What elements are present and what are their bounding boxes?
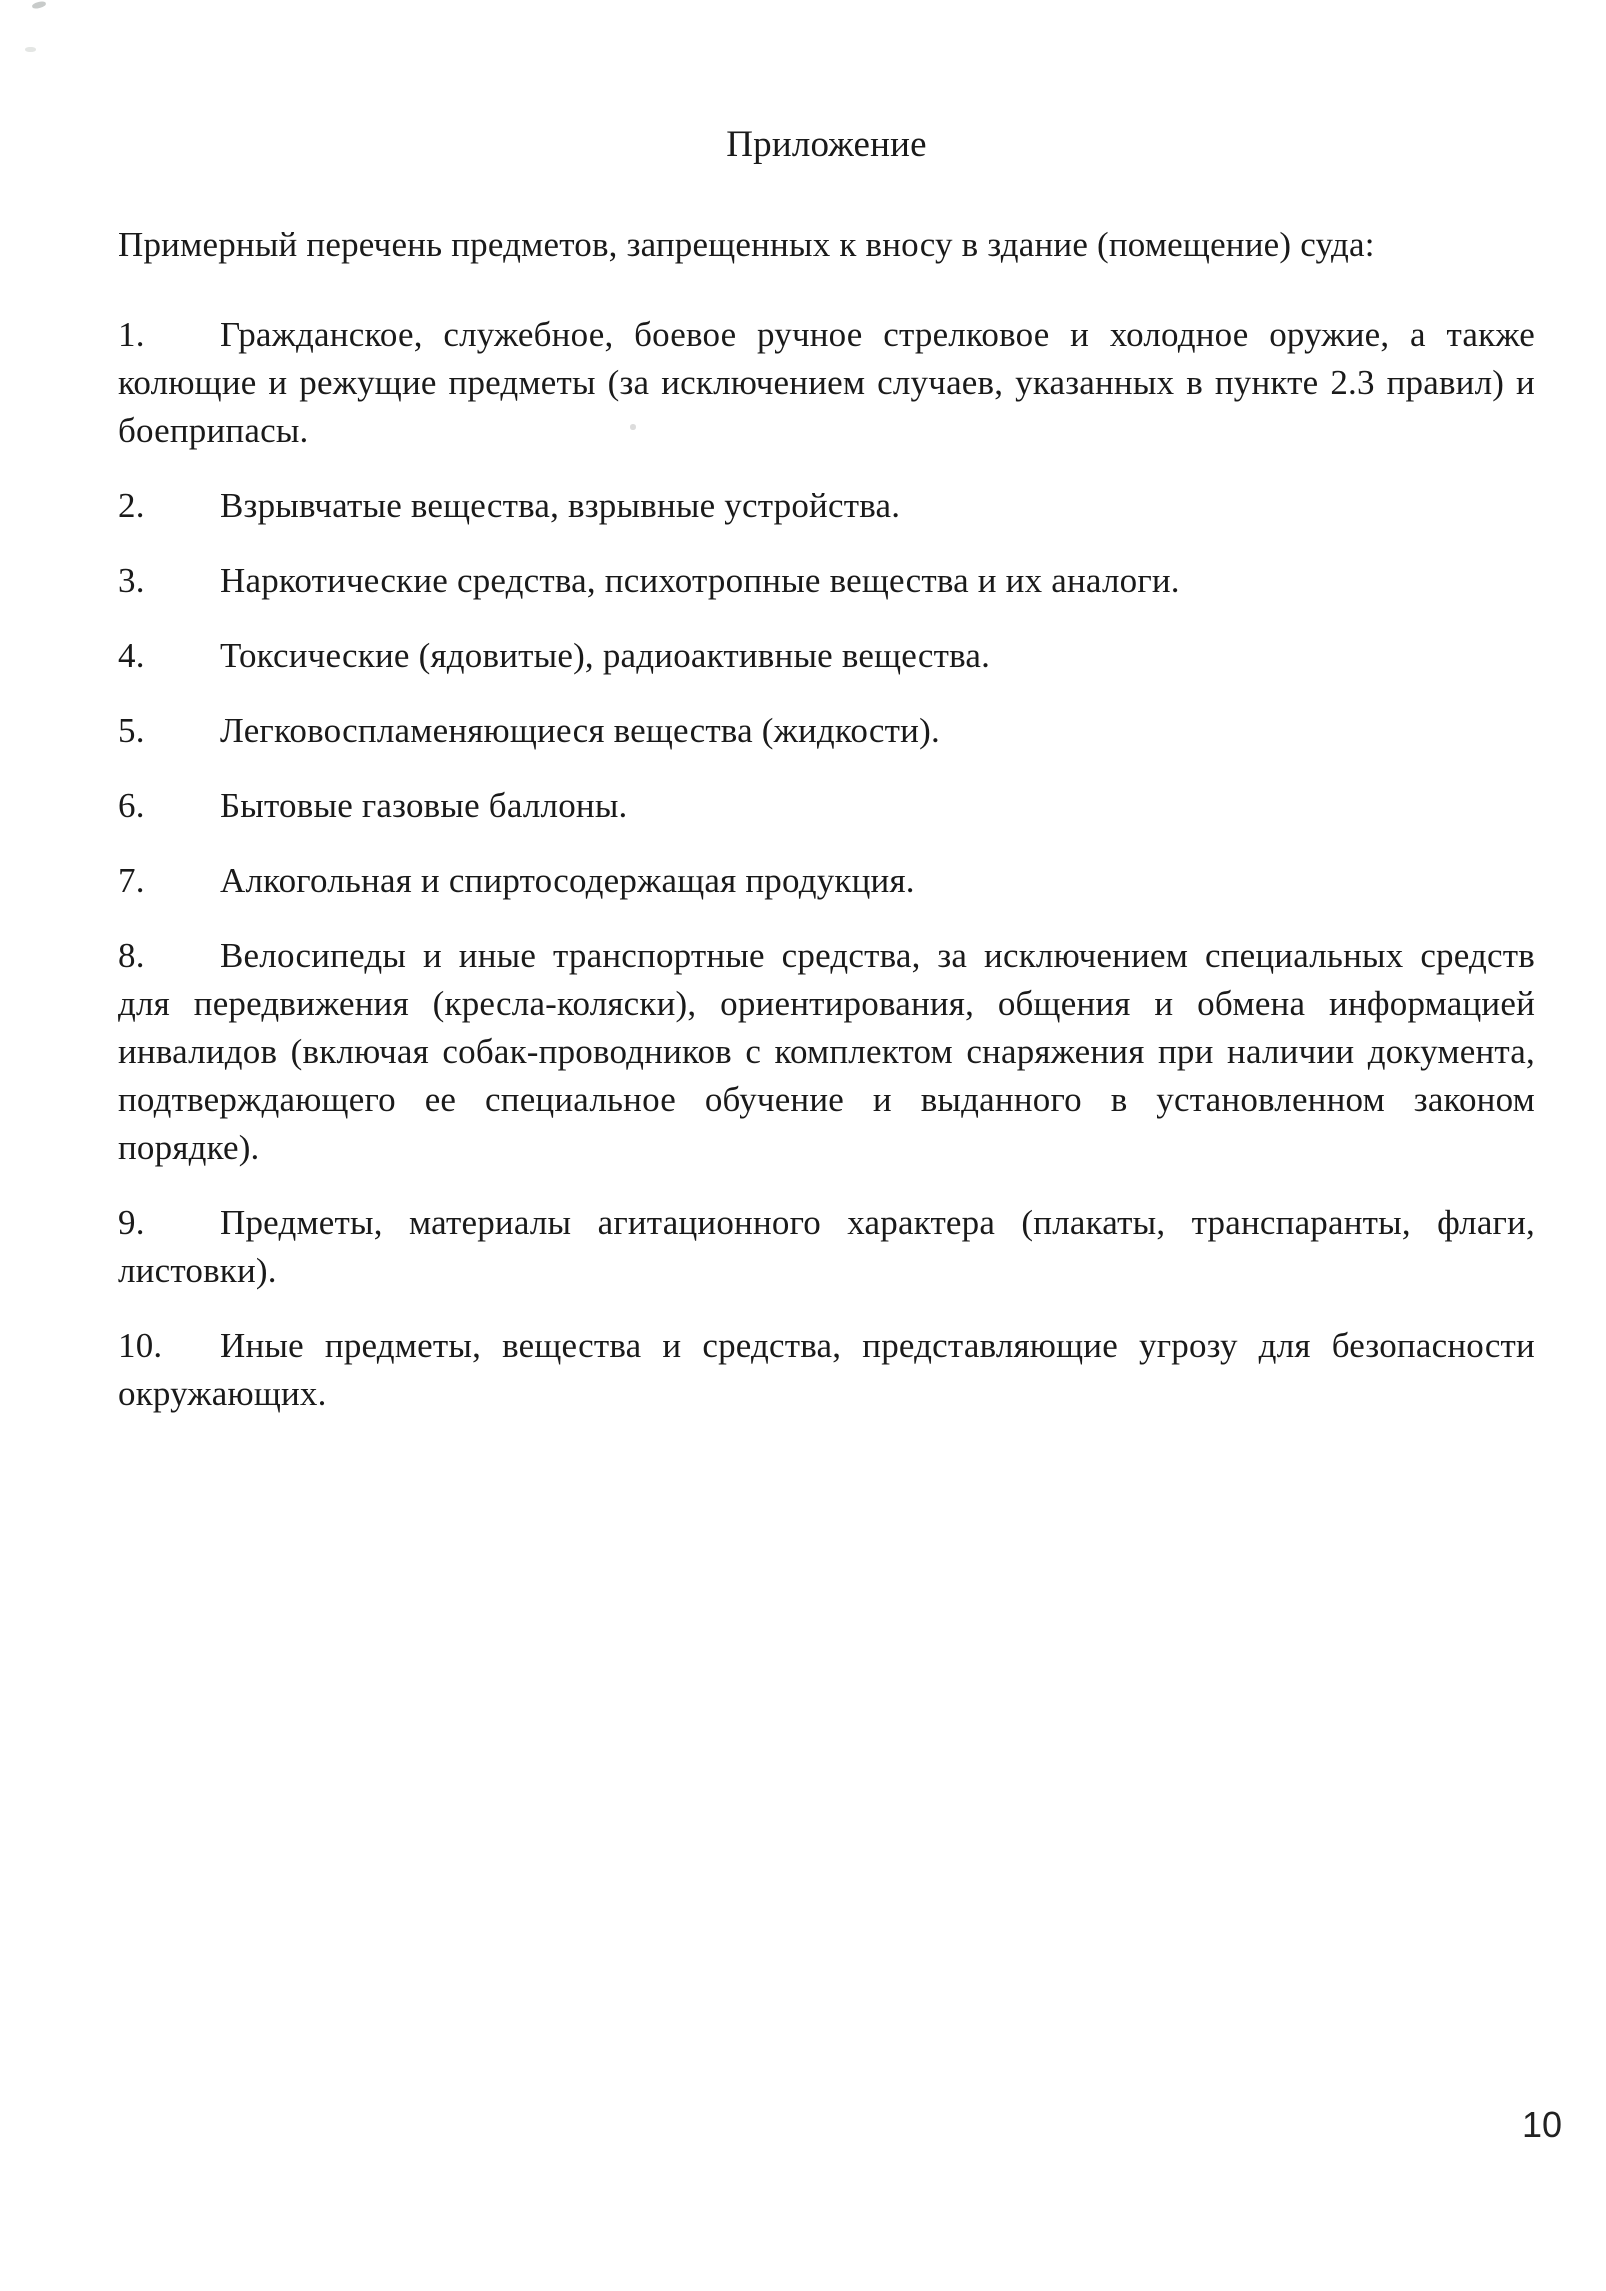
item-number: 7.: [118, 857, 220, 905]
prohibited-items-list: 1.Гражданское, служебное, боевое ручное …: [118, 311, 1535, 1418]
item-number: 1.: [118, 311, 220, 359]
item-line: 6.Бытовые газовые баллоны.: [118, 782, 1535, 830]
list-item: 2.Взрывчатые вещества, взрывные устройст…: [118, 482, 1535, 530]
item-number: 2.: [118, 482, 220, 530]
document-content: Приложение Примерный перечень предметов,…: [118, 0, 1535, 1418]
item-line: боеприпасы.: [118, 407, 1535, 455]
item-number: 3.: [118, 557, 220, 605]
page-title: Приложение: [118, 121, 1535, 169]
scan-speck: [25, 47, 36, 52]
item-line: 1.Гражданское, служебное, боевое ручное …: [118, 311, 1535, 359]
item-line: 10.Иные предметы, вещества и средства, п…: [118, 1322, 1535, 1370]
item-number: 5.: [118, 707, 220, 755]
scan-speck: [31, 0, 46, 9]
item-line: 3.Наркотические средства, психотропные в…: [118, 557, 1535, 605]
item-line: 8.Велосипеды и иные транспортные средств…: [118, 932, 1535, 980]
item-line: подтверждающего ее специальное обучение …: [118, 1076, 1535, 1124]
item-line: окружающих.: [118, 1370, 1535, 1418]
list-item: 3.Наркотические средства, психотропные в…: [118, 557, 1535, 605]
list-item: 8.Велосипеды и иные транспортные средств…: [118, 932, 1535, 1172]
list-item: 7.Алкогольная и спиртосодержащая продукц…: [118, 857, 1535, 905]
list-item: 6.Бытовые газовые баллоны.: [118, 782, 1535, 830]
list-item: 9.Предметы, материалы агитационного хара…: [118, 1199, 1535, 1295]
list-item: 5.Легковоспламеняющиеся вещества (жидкос…: [118, 707, 1535, 755]
item-line: колющие и режущие предметы (за исключени…: [118, 359, 1535, 407]
item-number: 9.: [118, 1199, 220, 1247]
list-item: 1.Гражданское, служебное, боевое ручное …: [118, 311, 1535, 455]
document-page: Приложение Примерный перечень предметов,…: [0, 0, 1606, 2291]
item-number: 6.: [118, 782, 220, 830]
page-number: 10: [1522, 2101, 1562, 2149]
item-number: 10.: [118, 1322, 220, 1370]
item-line: 7.Алкогольная и спиртосодержащая продукц…: [118, 857, 1535, 905]
item-number: 4.: [118, 632, 220, 680]
item-number: 8.: [118, 932, 220, 980]
intro-paragraph: Примерный перечень предметов, запрещенны…: [118, 221, 1535, 269]
item-line: для передвижения (кресла-коляски), ориен…: [118, 980, 1535, 1028]
item-line: порядке).: [118, 1124, 1535, 1172]
item-line: листовки).: [118, 1247, 1535, 1295]
list-item: 4.Токсические (ядовитые), радиоактивные …: [118, 632, 1535, 680]
item-line: инвалидов (включая собак-проводников с к…: [118, 1028, 1535, 1076]
item-line: 4.Токсические (ядовитые), радиоактивные …: [118, 632, 1535, 680]
item-line: 2.Взрывчатые вещества, взрывные устройст…: [118, 482, 1535, 530]
list-item: 10.Иные предметы, вещества и средства, п…: [118, 1322, 1535, 1418]
item-line: 9.Предметы, материалы агитационного хара…: [118, 1199, 1535, 1247]
item-line: 5.Легковоспламеняющиеся вещества (жидкос…: [118, 707, 1535, 755]
